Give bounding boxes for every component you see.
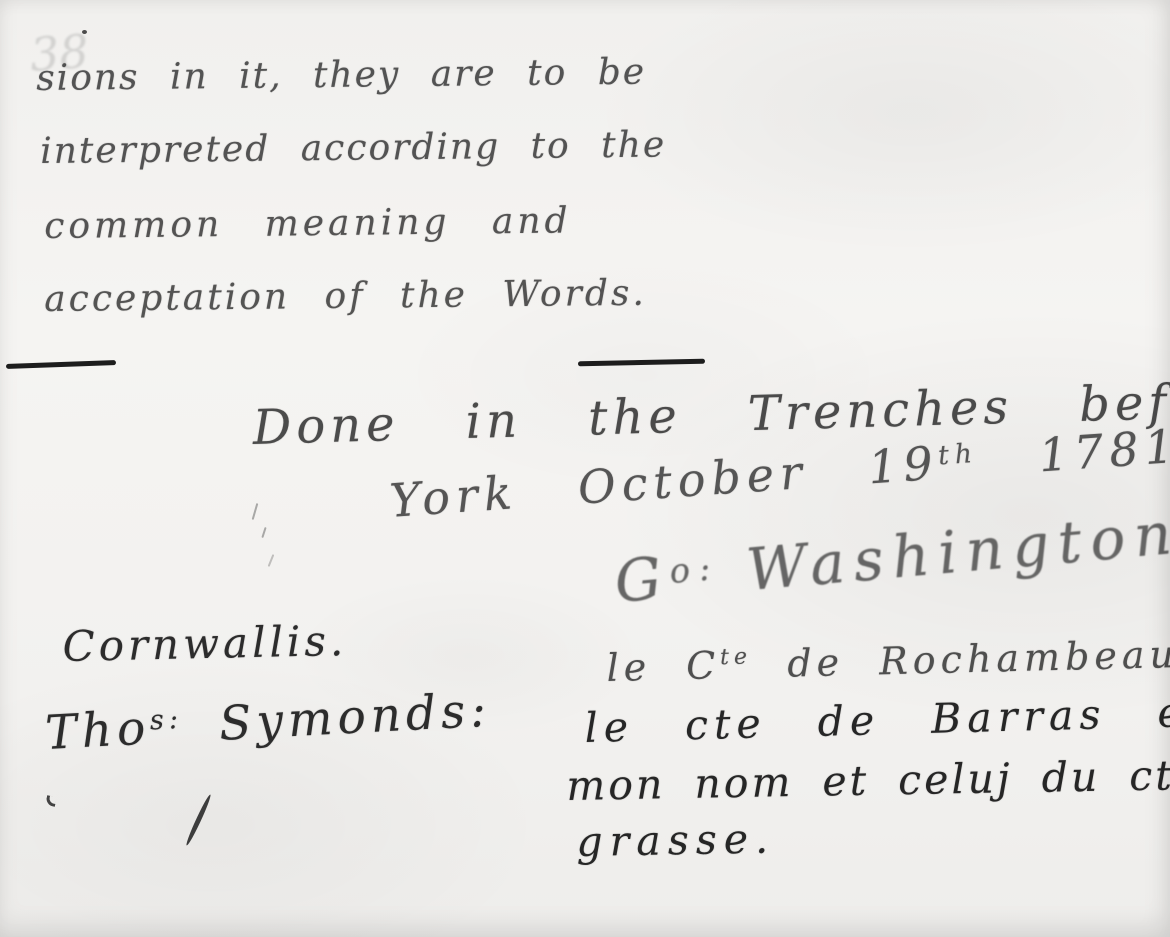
divider-dash-center — [578, 359, 705, 367]
body-text-line-2: interpreted according to the — [40, 124, 666, 172]
signature-barras-line-2: mon nom et celuj du cte de — [566, 749, 1170, 810]
signature-barras-line-1: le cte de Barras en — [584, 687, 1170, 752]
symonds-superscript: s: — [149, 704, 184, 737]
signature-barras-line-3: grasse. — [576, 815, 775, 866]
body-text-line-4: acceptation of the Words. — [44, 273, 647, 320]
signature-descender-hook — [45, 795, 57, 807]
signature-washington: Go: Washington — [612, 499, 1170, 616]
body-text-line-3: common meaning and — [44, 200, 572, 247]
stray-ink-mark — [268, 554, 275, 567]
signature-descender-stroke — [185, 793, 212, 846]
washington-superscript: o: — [668, 548, 721, 591]
ink-speck — [82, 30, 87, 34]
stray-ink-mark — [261, 527, 266, 538]
rochambeau-superscript: te — [720, 644, 753, 670]
date-ordinal-superscript: th — [937, 438, 979, 472]
body-text-line-1: sions in it, they are to be — [36, 52, 646, 99]
stray-ink-mark — [252, 503, 259, 520]
divider-dash-left — [6, 360, 116, 369]
signature-rochambeau: le Cte de Rochambeau. — [606, 632, 1170, 690]
signature-symonds: Thos: Symonds: — [44, 683, 492, 761]
signature-cornwallis: Cornwallis. — [62, 616, 348, 671]
document-page: 38 sions in it, they are to be interpret… — [0, 0, 1170, 937]
